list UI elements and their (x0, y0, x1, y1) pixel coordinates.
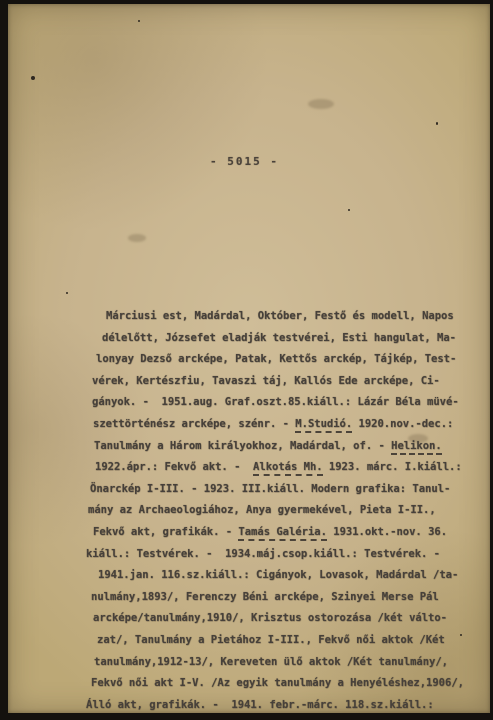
text-segment: Fekvő akt, grafikák. - (93, 526, 238, 538)
text-segment: 1941.jan. 116.sz.kiáll.: Cigányok, Lovas… (98, 569, 458, 581)
underlined-text: M.Studió. (295, 418, 352, 433)
typed-line: 1922.ápr.: Fekvő akt. - Alkotás Mh. 1923… (95, 457, 478, 479)
text-segment: Álló akt, grafikák. - 1941. febr.-márc. … (86, 699, 434, 711)
typed-line: kiáll.: Testvérek. - 1934.máj.csop.kiáll… (86, 544, 478, 566)
typed-line: Márciusi est, Madárdal, Október, Festő é… (106, 306, 478, 328)
paper-speck (348, 209, 350, 211)
text-segment: 1922.ápr.: Fekvő akt. - (95, 461, 253, 473)
text-segment: tanulmány,1912-13/, Kereveten ülő aktok … (94, 656, 448, 668)
paper-speck (31, 76, 35, 80)
typed-line: gányok. - 1951.aug. Graf.oszt.85.kiáll.:… (92, 392, 478, 414)
paper-smudge (308, 99, 334, 109)
paper-speck (66, 292, 68, 294)
paper-smudge (128, 234, 146, 242)
text-segment: zat/, Tanulmány a Pietához I-III., Fekvő… (97, 634, 445, 646)
typed-line: Fekvő akt, grafikák. - Tamás Galéria. 19… (93, 522, 478, 544)
typed-line: nulmány,1893/, Ferenczy Béni arcképe, Sz… (91, 587, 478, 609)
typed-line: 1941.jan. 116.sz.kiáll.: Cigányok, Lovas… (98, 565, 478, 587)
text-segment: arcképe/tanulmány,1910/, Krisztus ostoro… (93, 612, 447, 624)
typed-line: mány az Archaeologiához, Anya gyermekéve… (88, 500, 478, 522)
text-segment: Tanulmány a Három királyokhoz, Madárdal,… (94, 440, 391, 452)
text-segment: Márciusi est, Madárdal, Október, Festő é… (106, 310, 454, 322)
text-segment: nulmány,1893/, Ferenczy Béni arcképe, Sz… (91, 591, 439, 603)
text-segment: mány az Archaeologiához, Anya gyermekéve… (88, 504, 436, 516)
typed-line: Tanulmány a Három királyokhoz, Madárdal,… (94, 436, 478, 458)
typed-line: zat/, Tanulmány a Pietához I-III., Fekvő… (97, 630, 478, 652)
typed-line: Fekvő női akt I-V. /Az egyik tanulmány a… (91, 673, 478, 695)
paper-speck (436, 122, 438, 125)
text-segment: délelőtt, Józsefet eladják testvérei, Es… (102, 332, 456, 344)
page-number: - 5015 - (210, 155, 279, 168)
typed-line: tanulmány,1912-13/, Kereveten ülő aktok … (94, 652, 478, 674)
underlined-text: Tamás Galéria. (238, 526, 327, 541)
underlined-text: Alkotás Mh. (253, 461, 323, 476)
typed-line: Önarckép I-III. - 1923. III.kiáll. Moder… (90, 479, 478, 501)
text-segment: Fekvő női akt I-V. /Az egyik tanulmány a… (91, 677, 464, 689)
typed-line: délelőtt, Józsefet eladják testvérei, Es… (102, 328, 478, 350)
text-segment: gányok. - 1951.aug. Graf.oszt.85.kiáll.:… (92, 396, 459, 408)
underlined-text: Helikon. (391, 440, 442, 455)
text-segment: kiáll.: Testvérek. - 1934.máj.csop.kiáll… (86, 548, 440, 560)
text-segment: lonyay Dezső arcképe, Patak, Kettős arck… (96, 353, 456, 365)
typed-text-block: Márciusi est, Madárdal, Október, Festő é… (86, 306, 478, 716)
paper-speck (138, 20, 140, 22)
text-segment: 1931.okt.-nov. 36. (327, 526, 447, 538)
text-segment: szettörténész arcképe, szénr. - (93, 418, 295, 430)
text-segment: 1920.nov.-dec.: (352, 418, 453, 430)
text-segment: Önarckép I-III. - 1923. III.kiáll. Moder… (90, 483, 450, 495)
typed-line: Álló akt, grafikák. - 1941. febr.-márc. … (86, 695, 478, 717)
text-segment: 1923. márc. I.kiáll.: (323, 461, 462, 473)
text-segment: vérek, Kertészfiu, Tavaszi táj, Kallós E… (92, 375, 440, 387)
typed-line: szettörténész arcképe, szénr. - M.Studió… (93, 414, 478, 436)
scanned-document-page: { "colors": { "paper": "#c7b38d", "ink":… (0, 0, 493, 720)
typed-line: vérek, Kertészfiu, Tavaszi táj, Kallós E… (92, 371, 478, 393)
typed-line: arcképe/tanulmány,1910/, Krisztus ostoro… (93, 608, 478, 630)
typed-line: lonyay Dezső arcképe, Patak, Kettős arck… (96, 349, 478, 371)
